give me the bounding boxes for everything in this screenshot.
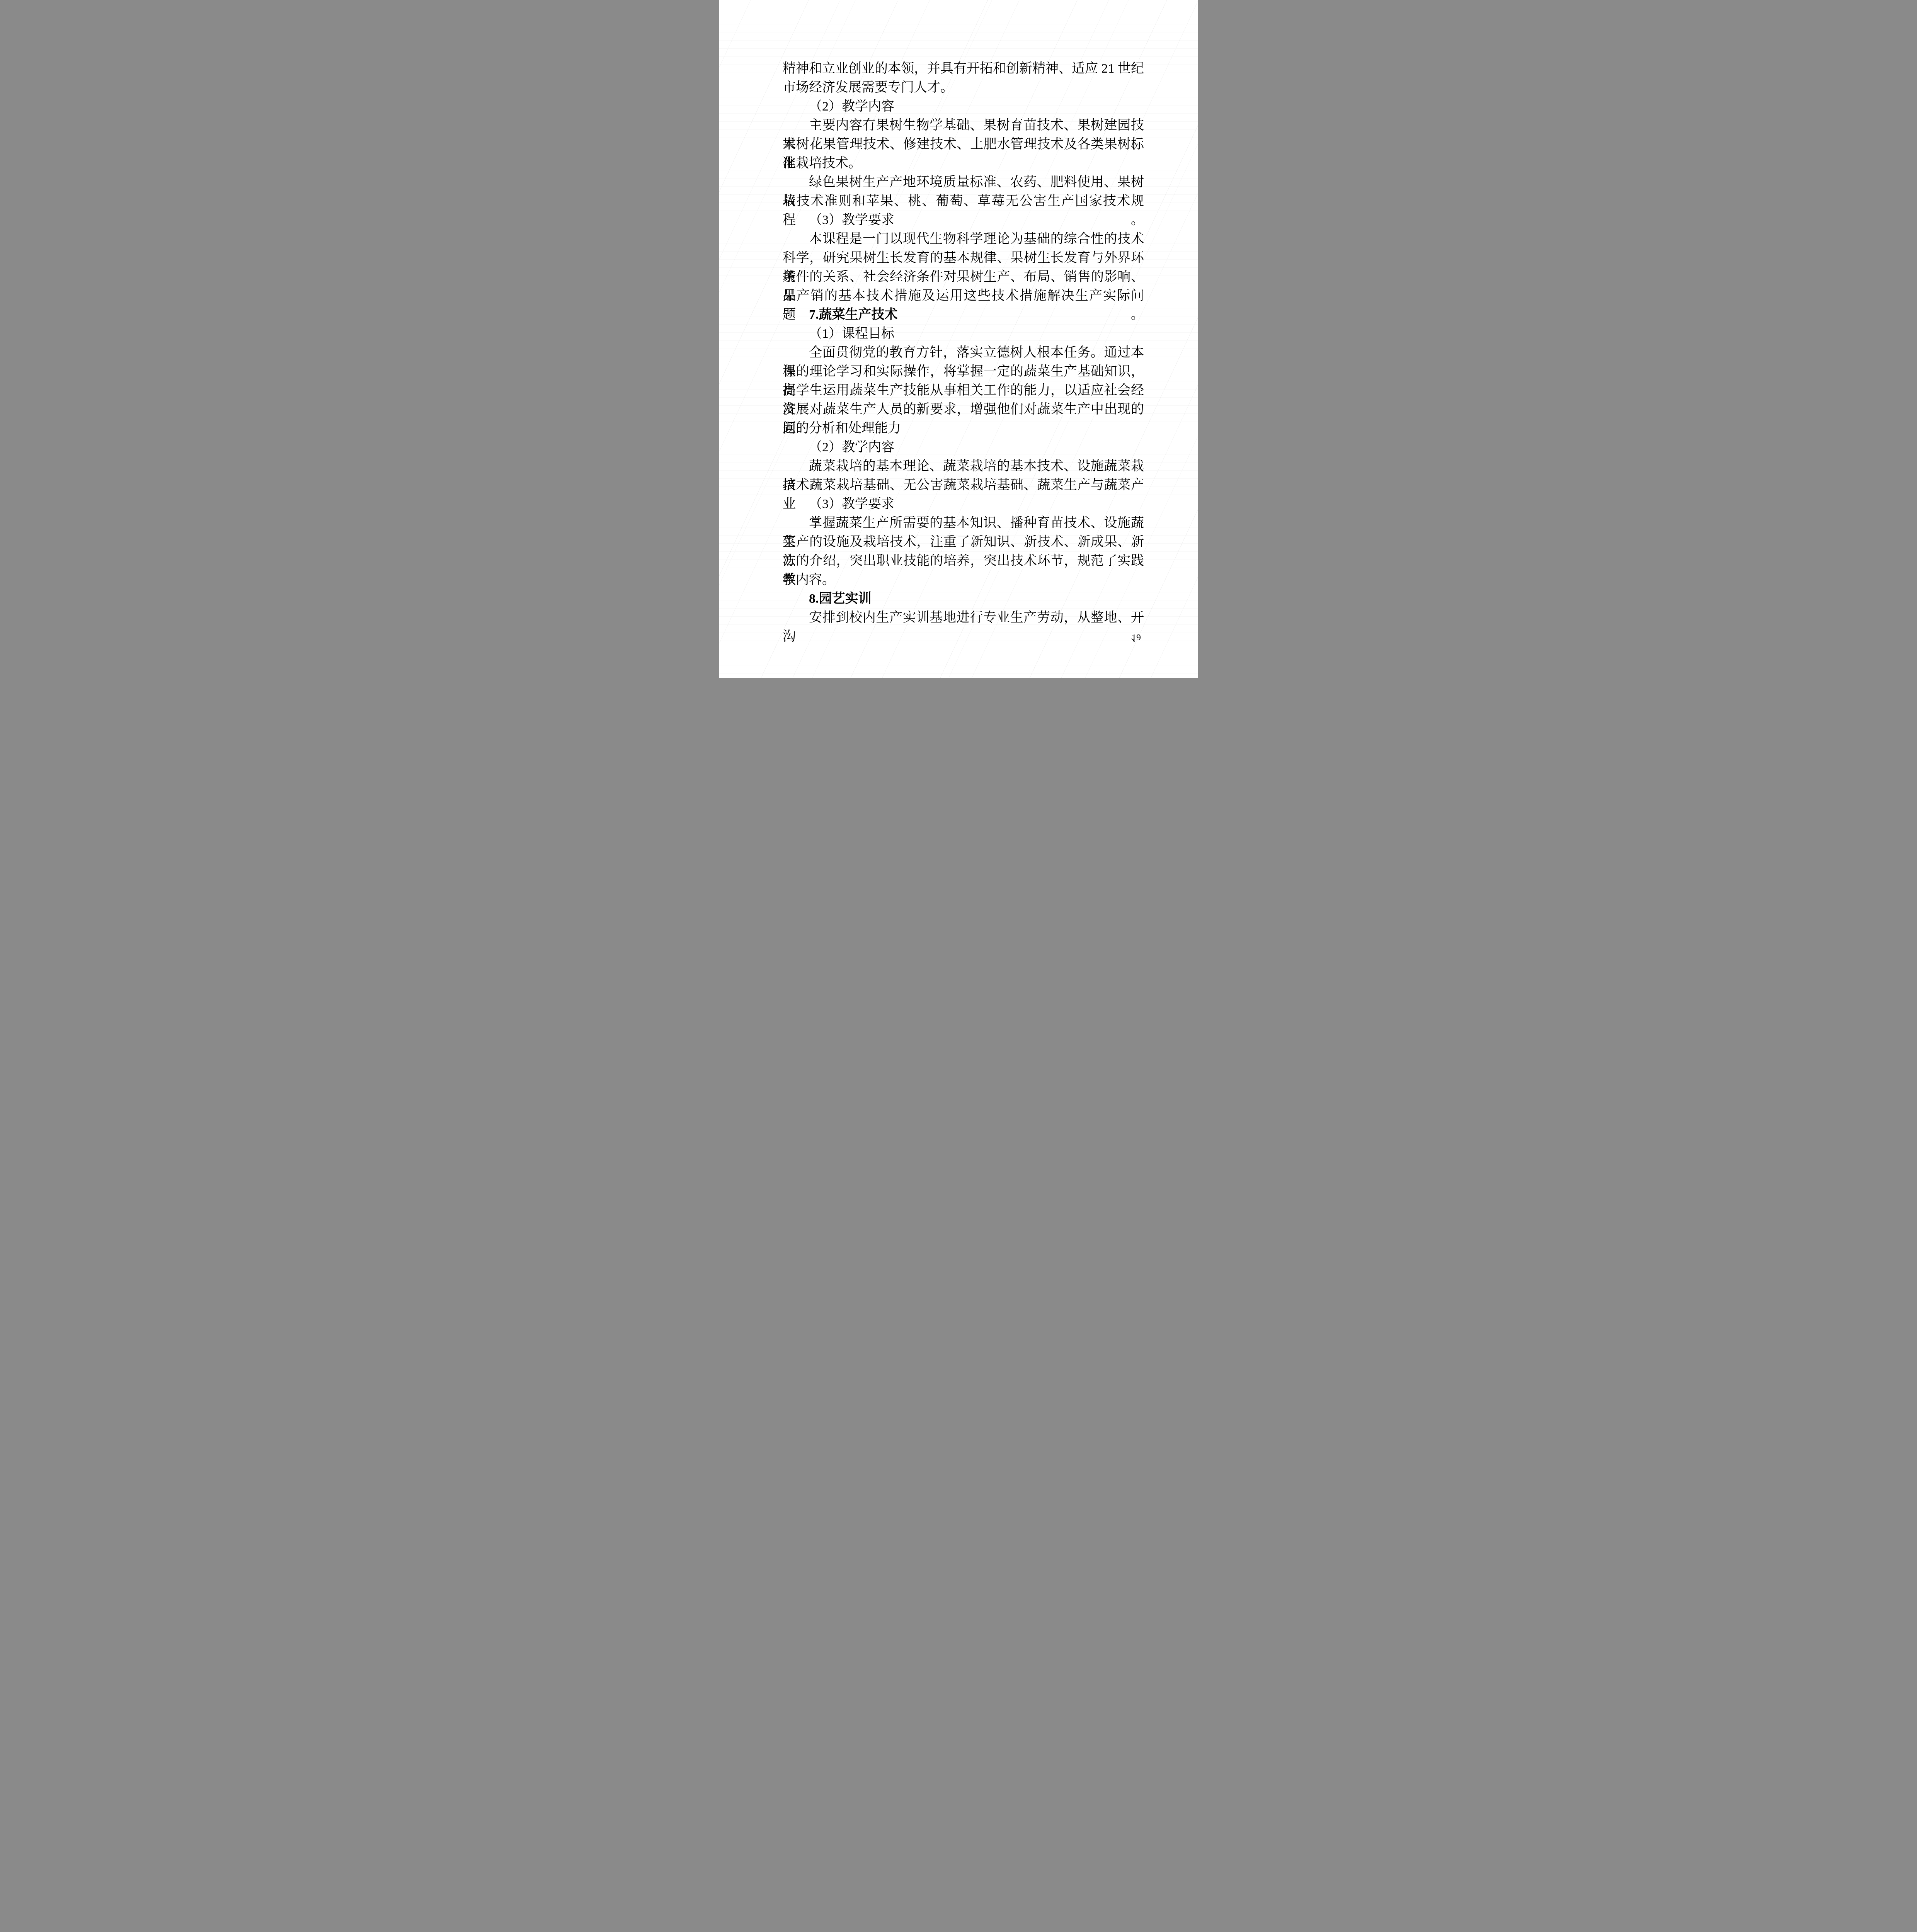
text-line: 培技术准则和苹果、桃、葡萄、草莓无公害生产国家技术规程。 [783,192,1144,211]
section-heading: 8.园艺实训 [783,589,1144,608]
text-line: 本课程是一门以现代生物科学理论为基础的综合性的技术 [783,230,1144,248]
text-line: 科学，研究果树生长发育的基本规律、果树生长发育与外界环境 [783,248,1144,267]
text-line: 技术蔬菜栽培基础、无公害蔬菜栽培基础、蔬菜生产与蔬菜产业 [783,476,1144,495]
text-line: 精神和立业创业的本领，并具有开拓和创新精神、适应 21 世纪 [783,59,1144,78]
text-line: 条件的关系、社会经济条件对果树生产、布局、销售的影响、果 [783,267,1144,286]
text-line: 安排到校内生产实训基地进行专业生产劳动，从整地、开沟、 [783,608,1144,627]
text-line: 学内容。 [783,570,1144,589]
text-line: 市场经济发展需要专门人才。 [783,78,1144,97]
text-line: 品产销的基本技术措施及运用这些技术措施解决生产实际问题。 [783,286,1144,305]
text-line: 程的理论学习和实际操作，将掌握一定的蔬菜生产基础知识，提 [783,362,1144,381]
text-line: 发展对蔬菜生产人员的新要求，增强他们对蔬菜生产中出现的问 [783,400,1144,419]
text-line: 生产的设施及栽培技术，注重了新知识、新技术、新成果、新方 [783,532,1144,551]
text-line: （1）课程目标 [783,324,1144,343]
text-line: （2）教学内容 [783,97,1144,116]
text-line: 蔬菜栽培的基本理论、蔬菜栽培的基本技术、设施蔬菜栽培 [783,457,1144,476]
text-line: 主要内容有果树生物学基础、果树育苗技术、果树建园技术、 [783,116,1144,135]
text-line: 化栽培技术。 [783,154,1144,173]
page-number: 19 [1132,633,1141,642]
text-line: 高学生运用蔬菜生产技能从事相关工作的能力，以适应社会经济 [783,381,1144,400]
text-line: （2）教学内容 [783,438,1144,457]
document-page: 精神和立业创业的本领，并具有开拓和创新精神、适应 21 世纪市场经济发展需要专门… [719,0,1198,678]
text-line: 果树花果管理技术、修建技术、土肥水管理技术及各类果树标准 [783,135,1144,154]
text-line: 掌握蔬菜生产所需要的基本知识、播种育苗技术、设施蔬菜 [783,514,1144,532]
text-line: 法的介绍，突出职业技能的培养，突出技术环节，规范了实践教 [783,551,1144,570]
text-line: 全面贯彻党的教育方针，落实立德树人根本任务。通过本课 [783,343,1144,362]
page-body-text: 精神和立业创业的本领，并具有开拓和创新精神、适应 21 世纪市场经济发展需要专门… [783,59,1144,627]
text-line: （3）教学要求 [783,495,1144,514]
text-line: 题的分析和处理能力 [783,419,1144,438]
text-line: 绿色果树生产产地环境质量标准、农药、肥料使用、果树栽 [783,173,1144,192]
